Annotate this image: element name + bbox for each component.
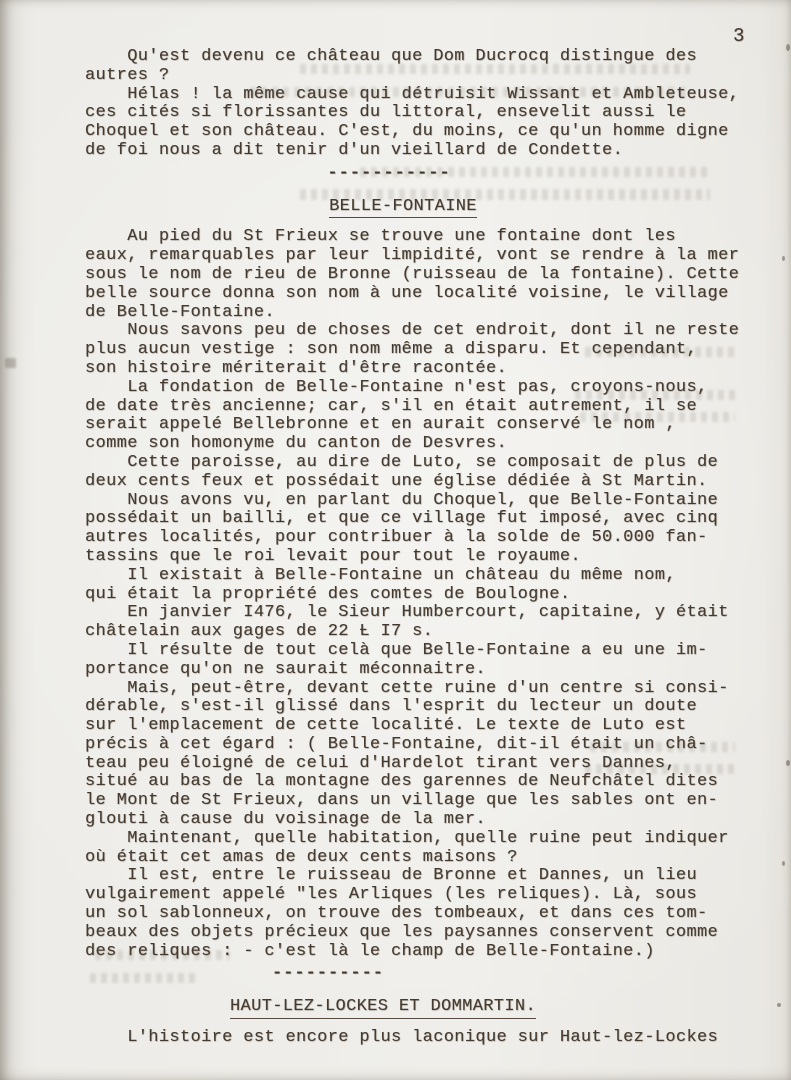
text-line: teau peu éloigné de celui d'Hardelot tir… <box>85 755 745 774</box>
text-line: possédait un bailli, et que ce village f… <box>85 510 745 529</box>
text-line: dérable, s'est-il glissé dans l'esprit d… <box>85 698 745 717</box>
text-line: Mais, peut-être, devant cette ruine d'un… <box>85 680 745 699</box>
text-line: sur l'emplacement de cette localité. Le … <box>85 717 745 736</box>
text-line: qui était la propriété des comtes de Bou… <box>85 586 745 605</box>
text-line: Nous avons vu, en parlant du Choquel, qu… <box>85 492 745 511</box>
paragraph: Nous savons peu de choses de cet endroit… <box>85 322 745 378</box>
paragraph: Il est, entre le ruisseau de Bronne et D… <box>85 867 745 961</box>
text-line: des reliques : - c'est là le champ de Be… <box>85 943 745 962</box>
scan-speck <box>786 760 790 766</box>
text-line: Qu'est devenu ce château que Dom Ducrocq… <box>85 48 745 67</box>
text-line: de foi nous a dit tenir d'un vieillard d… <box>85 142 745 161</box>
section-heading: HAUT-LEZ-LOCKES ET DOMMARTIN. <box>53 998 713 1019</box>
text-line: sous le nom de rieu de Bronne (ruisseau … <box>85 266 745 285</box>
text-line: plus aucun vestige : son nom même a disp… <box>85 341 745 360</box>
text-line: autres localités, pour contribuer à la s… <box>85 529 745 548</box>
text-line: Il existait à Belle-Fontaine un château … <box>85 567 745 586</box>
text-line: portance qu'on ne saurait méconnaitre. <box>85 661 745 680</box>
text-line: Hélas ! la même cause qui détruisit Wiss… <box>85 86 745 105</box>
section-heading: BELLE-FONTAINE <box>73 198 733 219</box>
separator: ---------- <box>0 965 658 984</box>
text-line: situé au bas de la montagne des garennes… <box>85 773 745 792</box>
scan-speck <box>782 256 785 261</box>
text-line: Il est, entre le ruisseau de Bronne et D… <box>85 867 745 886</box>
paragraph: En janvier I476, le Sieur Humbercourt, c… <box>85 604 745 642</box>
paragraph: Cette paroisse, au dire de Luto, se comp… <box>85 454 745 492</box>
text-line: son histoire mériterait d'être racontée. <box>85 360 745 379</box>
margin-mark <box>5 358 16 368</box>
section-heading-text: HAUT-LEZ-LOCKES ET DOMMARTIN. <box>230 998 536 1019</box>
scan-speck <box>777 1003 781 1007</box>
paragraph: Il résulte de tout celà que Belle-Fontai… <box>85 642 745 680</box>
text-line: Au pied du St Frieux se trouve une fonta… <box>85 228 745 247</box>
text-line: ces cités si florissantes du littoral, e… <box>85 104 745 123</box>
text-line: L'histoire est encore plus laconique sur… <box>85 1029 745 1048</box>
text-line: vulgairement appelé "les Arliques (les r… <box>85 886 745 905</box>
text-line: Cette paroisse, au dire de Luto, se comp… <box>85 454 745 473</box>
paragraph: Hélas ! la même cause qui détruisit Wiss… <box>85 86 745 161</box>
paragraph: Au pied du St Frieux se trouve une fonta… <box>85 228 745 322</box>
paragraph: L'histoire est encore plus laconique sur… <box>85 1029 745 1048</box>
text-line: En janvier I476, le Sieur Humbercourt, c… <box>85 604 745 623</box>
scan-speck <box>782 861 785 866</box>
text-line: comme son homonyme du canton de Desvres. <box>85 435 745 454</box>
paragraph: Il existait à Belle-Fontaine un château … <box>85 567 745 605</box>
text-line: Il résulte de tout celà que Belle-Fontai… <box>85 642 745 661</box>
text-line: belle source donna son nom à une localit… <box>85 285 745 304</box>
text-line: glouti à cause du voisinage de la mer. <box>85 811 745 830</box>
text-line: tassins que le roi levait pour tout le r… <box>85 548 745 567</box>
paragraph: La fondation de Belle-Fontaine n'est pas… <box>85 379 745 454</box>
text-line: eaux, remarquables par leur limpidité, v… <box>85 247 745 266</box>
text-line: autres ? <box>85 67 745 86</box>
paragraph: Maintenant, quelle habitation, quelle ru… <box>85 830 745 868</box>
text-line: châtelain aux gages de 22 Ƚ I7 s. <box>85 623 745 642</box>
text-line: deux cents feux et possédait une église … <box>85 473 745 492</box>
text-line: de date très ancienne; car, s'il en étai… <box>85 398 745 417</box>
text-line: Nous savons peu de choses de cet endroit… <box>85 322 745 341</box>
paragraph: Mais, peut-être, devant cette ruine d'un… <box>85 680 745 830</box>
text-line: La fondation de Belle-Fontaine n'est pas… <box>85 379 745 398</box>
scanned-document-page: 3 Qu'est devenu ce château que Dom Ducro… <box>0 0 791 1080</box>
text-line: de Belle-Fontaine. <box>85 304 745 323</box>
text-line: Maintenant, quelle habitation, quelle ru… <box>85 830 745 849</box>
text-line: précis à cet égard : ( Belle-Fontaine, d… <box>85 736 745 755</box>
text-line: serait appelé Bellebronne et en aurait c… <box>85 416 745 435</box>
text-line: Choquel et son château. C'est, du moins,… <box>85 123 745 142</box>
text-line: où était cet amas de deux cents maisons … <box>85 849 745 868</box>
text-line: un sol sablonneux, on trouve des tombeau… <box>85 905 745 924</box>
paragraph: Nous avons vu, en parlant du Choquel, qu… <box>85 492 745 567</box>
text-line: le Mont de St Frieux, dans un village qu… <box>85 792 745 811</box>
document-body: Qu'est devenu ce château que Dom Ducrocq… <box>85 48 745 1048</box>
paragraph: Qu'est devenu ce château que Dom Ducrocq… <box>85 48 745 86</box>
text-line: beaux des objets précieux que les paysan… <box>85 924 745 943</box>
separator: ----------- <box>59 165 719 184</box>
section-heading-text: BELLE-FONTAINE <box>329 198 477 219</box>
page-number: 3 <box>733 25 744 47</box>
scan-speck <box>786 44 790 51</box>
